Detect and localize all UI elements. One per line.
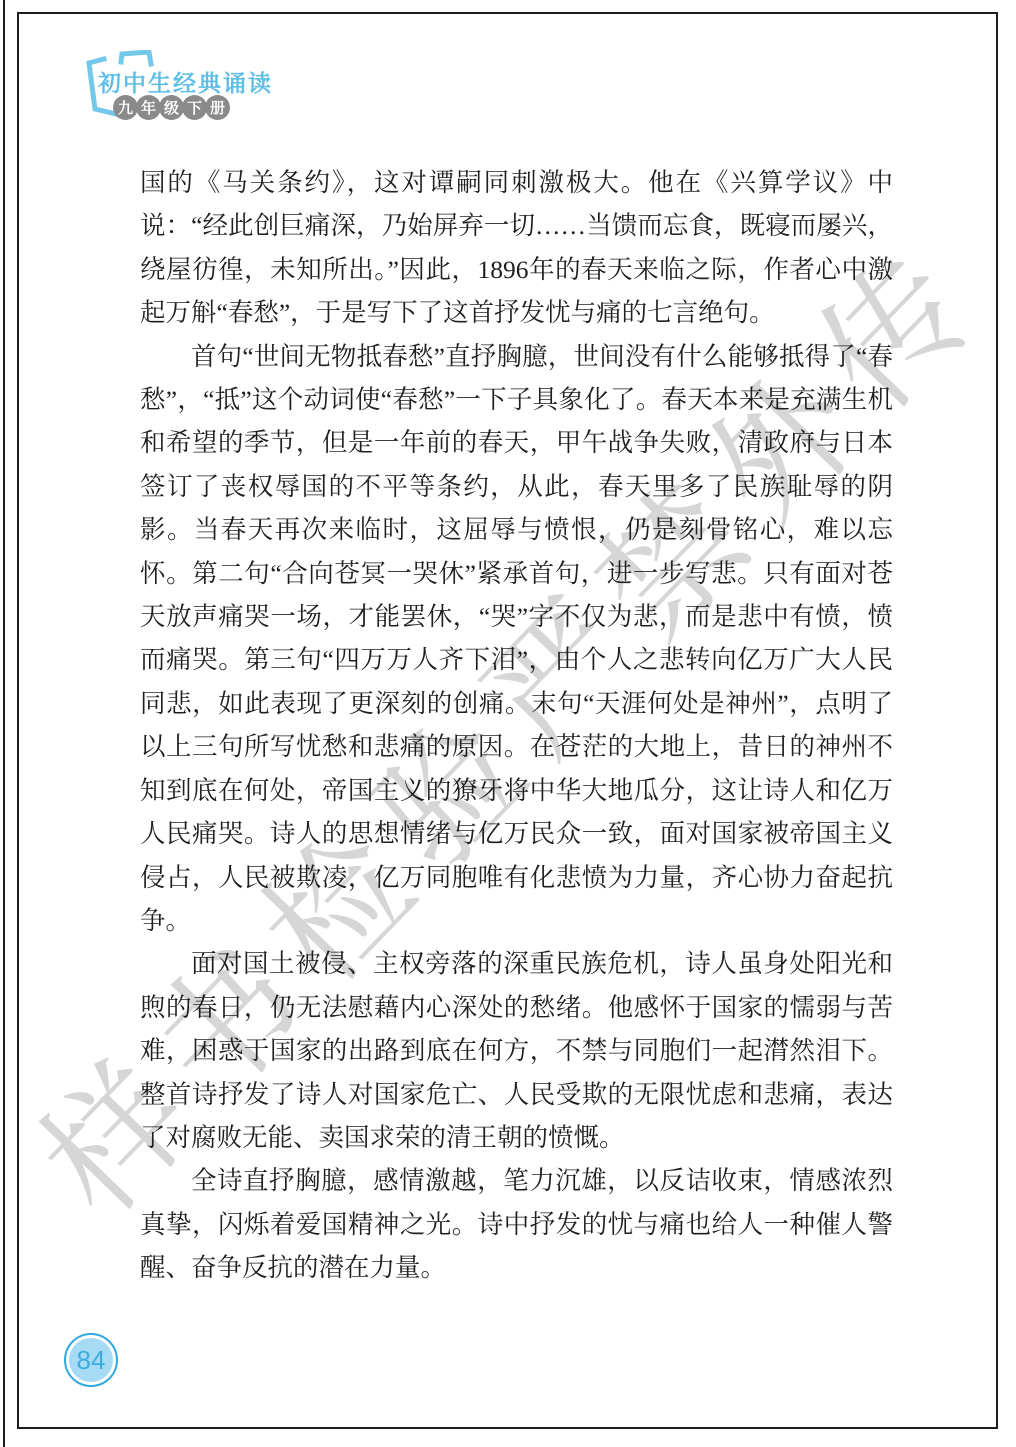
paragraph-4: 全诗直抒胸臆，感情激越，笔力沉雄，以反诘收束，情感浓烈真挚，闪烁着爱国精神之光。… [140,1159,893,1289]
book-logo: 初中生经典诵读 九 年 级 下 册 [83,48,343,128]
body-text: 国的《马关条约》，这对谭嗣同刺激极大。他在《兴算学议》中说：“经此创巨痛深，乃始… [140,161,893,1290]
page-number-badge: 84 [64,1333,118,1387]
book-page: 样书检验严禁外传 初中生经典诵读 九 年 级 下 册 国的《马关条约》，这对谭嗣… [0,0,1016,1447]
page-number: 84 [69,1338,113,1382]
volume-badge-char: 级 [159,95,184,120]
paragraph-3: 面对国土被侵、主权旁落的深重民族危机，诗人虽身处阳光和煦的春日，仍无法慰藉内心深… [140,942,893,1159]
volume-badge-char: 年 [136,95,161,120]
paragraph-1: 国的《马关条约》，这对谭嗣同刺激极大。他在《兴算学议》中说：“经此创巨痛深，乃始… [140,161,893,335]
volume-badge-char: 册 [205,95,230,120]
series-title: 初中生经典诵读 [98,65,273,98]
paragraph-2: 首句“世间无物抵春愁”直抒胸臆，世间没有什么能够抵得了“春愁”，“抵”这个动词使… [140,335,893,943]
page-left-edge-line [3,0,5,1447]
volume-badge: 九 年 级 下 册 [113,95,228,120]
volume-badge-char: 九 [113,95,138,120]
volume-badge-char: 下 [182,95,207,120]
